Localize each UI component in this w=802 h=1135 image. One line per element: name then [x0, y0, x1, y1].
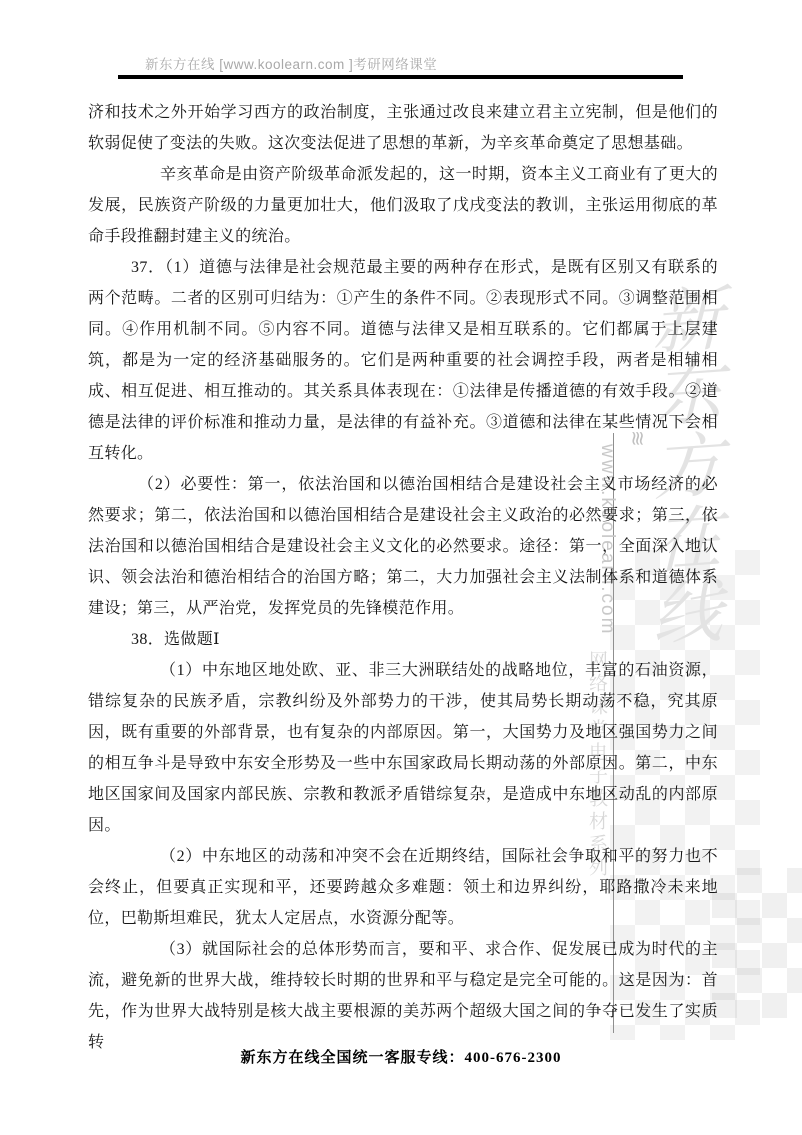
paragraph-question-37-part-1: 37．（1）道德与法律是社会规范最主要的两种存在形式，是既有区别又有联系的两个范… — [88, 252, 718, 469]
paragraph-question-38-part-2: （2）中东地区的动荡和冲突不会在近期终结，国际社会争取和平的努力也不会终止，但要… — [88, 841, 718, 934]
header-rule — [118, 75, 683, 79]
paragraph-question-37-part-2: （2）必要性：第一，依法治国和以德治国相结合是建设社会主义市场经济的必然要求；第… — [88, 469, 718, 624]
header-brand-line: 新东方在线 [www.koolearn.com ]考研网络课堂 — [145, 53, 437, 73]
paragraph-question-38-part-3: （3）就国际社会的总体形势而言，要和平、求合作、促发展已成为时代的主流，避免新的… — [88, 934, 718, 1058]
paragraph-continued-from-previous-page: 济和技术之外开始学习西方的政治制度，主张通过改良来建立君主立宪制，但是他们的软弱… — [88, 97, 718, 159]
paragraph-xinhai-revolution: 辛亥革命是由资产阶级革命派发起的，这一时期，资本主义工商业有了更大的发展，民族资… — [88, 159, 718, 252]
checkerboard-pattern-dark — [712, 868, 802, 1018]
heading-question-38: 38．选做题Ⅰ — [88, 624, 718, 655]
paragraph-question-38-part-1: （1）中东地区地处欧、亚、非三大洲联结处的战略地位，丰富的石油资源，错综复杂的民… — [88, 655, 718, 841]
document-body: 济和技术之外开始学习西方的政治制度，主张通过改良来建立君主立宪制，但是他们的软弱… — [88, 97, 718, 1058]
footer-service-line: 新东方在线全国统一客服专线：400-676-2300 — [0, 1046, 802, 1067]
document-page: ≋ 新东方在线 www.koolearn.com 网络课堂电子教材系列 新东方在… — [0, 0, 802, 1135]
